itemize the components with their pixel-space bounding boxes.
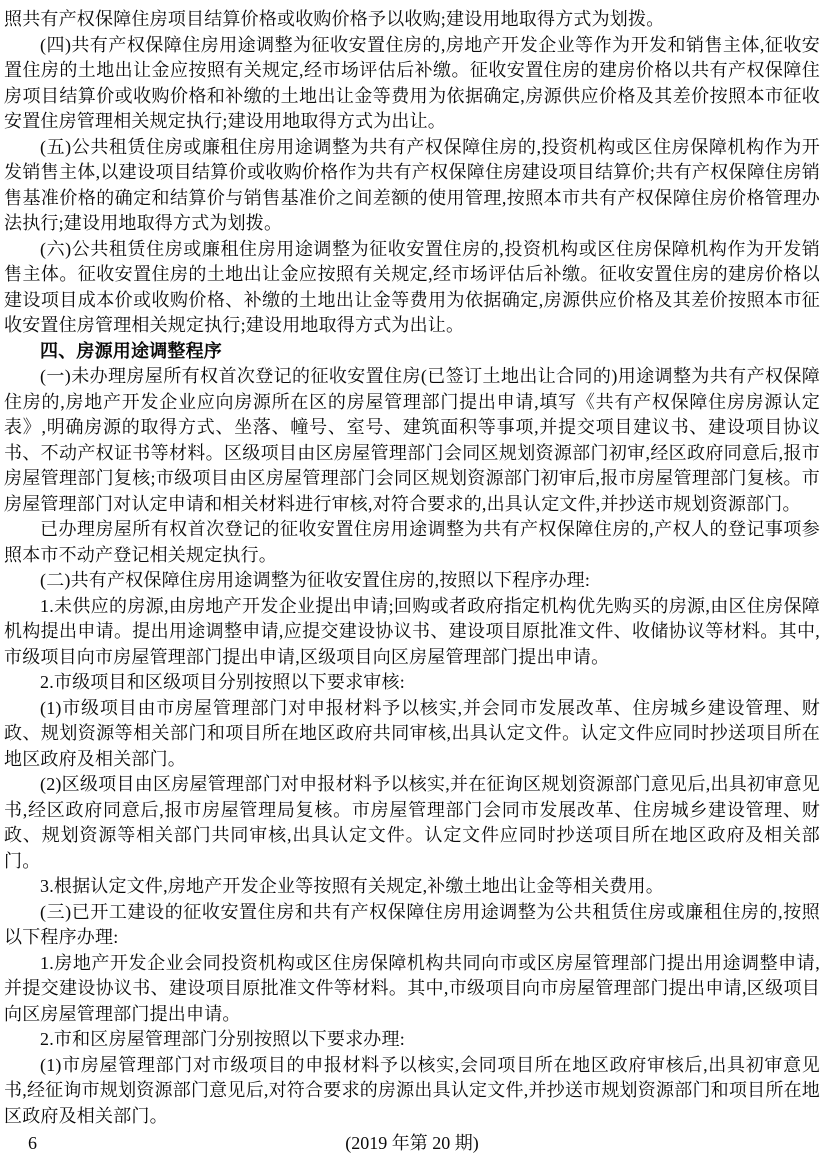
section-heading: 四、房源用途调整程序 (4, 339, 820, 365)
paragraph-clause-6: (六)公共租赁住房或廉租住房用途调整为征收安置住房的,投资机构或区住房保障机构作… (4, 237, 820, 339)
paragraph-registered-housing: 已办理房屋所有权首次登记的征收安置住房用途调整为共有产权保障住房的,产权人的登记… (4, 517, 820, 568)
paragraph-item-3: (三)已开工建设的征收安置住房和共有产权保障住房用途调整为公共租赁住房或廉租住房… (4, 900, 820, 951)
page-number: 6 (28, 1130, 37, 1156)
issue-label: (2019 年第 20 期) (345, 1130, 479, 1156)
paragraph-clause-5: (五)公共租赁住房或廉租住房用途调整为共有产权保障住房的,投资机构或区住房保障机… (4, 135, 820, 237)
paragraph-clause-4: (四)共有产权保障住房用途调整为征收安置住房的,房地产开发企业等作为开发和销售主… (4, 33, 820, 135)
paragraph-substep-2: (2)区级项目由区房屋管理部门对申报材料予以核实,并在征询区规划资源部门意见后,… (4, 772, 820, 874)
paragraph-step-1: 1.未供应的房源,由房地产开发企业提出申请;回购或者政府指定机构优先购买的房源,… (4, 594, 820, 671)
document-page: 照共有产权保障住房项目结算价格或收购价格予以收购;建设用地取得方式为划拨。 (四… (0, 0, 827, 1170)
paragraph-item-1: (一)未办理房屋所有权首次登记的征收安置住房(已签订土地出让合同的)用途调整为共… (4, 364, 820, 517)
paragraph-substep-1: (1)市级项目由市房屋管理部门对申报材料予以核实,并会同市发展改革、住房城乡建设… (4, 696, 820, 773)
paragraph-step-2: 2.市级项目和区级项目分别按照以下要求审核: (4, 670, 820, 696)
paragraph-continuation: 照共有产权保障住房项目结算价格或收购价格予以收购;建设用地取得方式为划拨。 (4, 7, 820, 33)
paragraph-step-1b: 1.房地产开发企业会同投资机构或区住房保障机构共同向市或区房屋管理部门提出用途调… (4, 951, 820, 1028)
paragraph-step-2b: 2.市和区房屋管理部门分别按照以下要求办理: (4, 1027, 820, 1053)
page-footer: 6 (2019 年第 20 期) (4, 1130, 820, 1156)
paragraph-step-3: 3.根据认定文件,房地产开发企业等按照有关规定,补缴土地出让金等相关费用。 (4, 874, 820, 900)
paragraph-substep-1b: (1)市房屋管理部门对市级项目的申报材料予以核实,会同项目所在地区政府审核后,出… (4, 1053, 820, 1130)
paragraph-item-2: (二)共有产权保障住房用途调整为征收安置住房的,按照以下程序办理: (4, 568, 820, 594)
